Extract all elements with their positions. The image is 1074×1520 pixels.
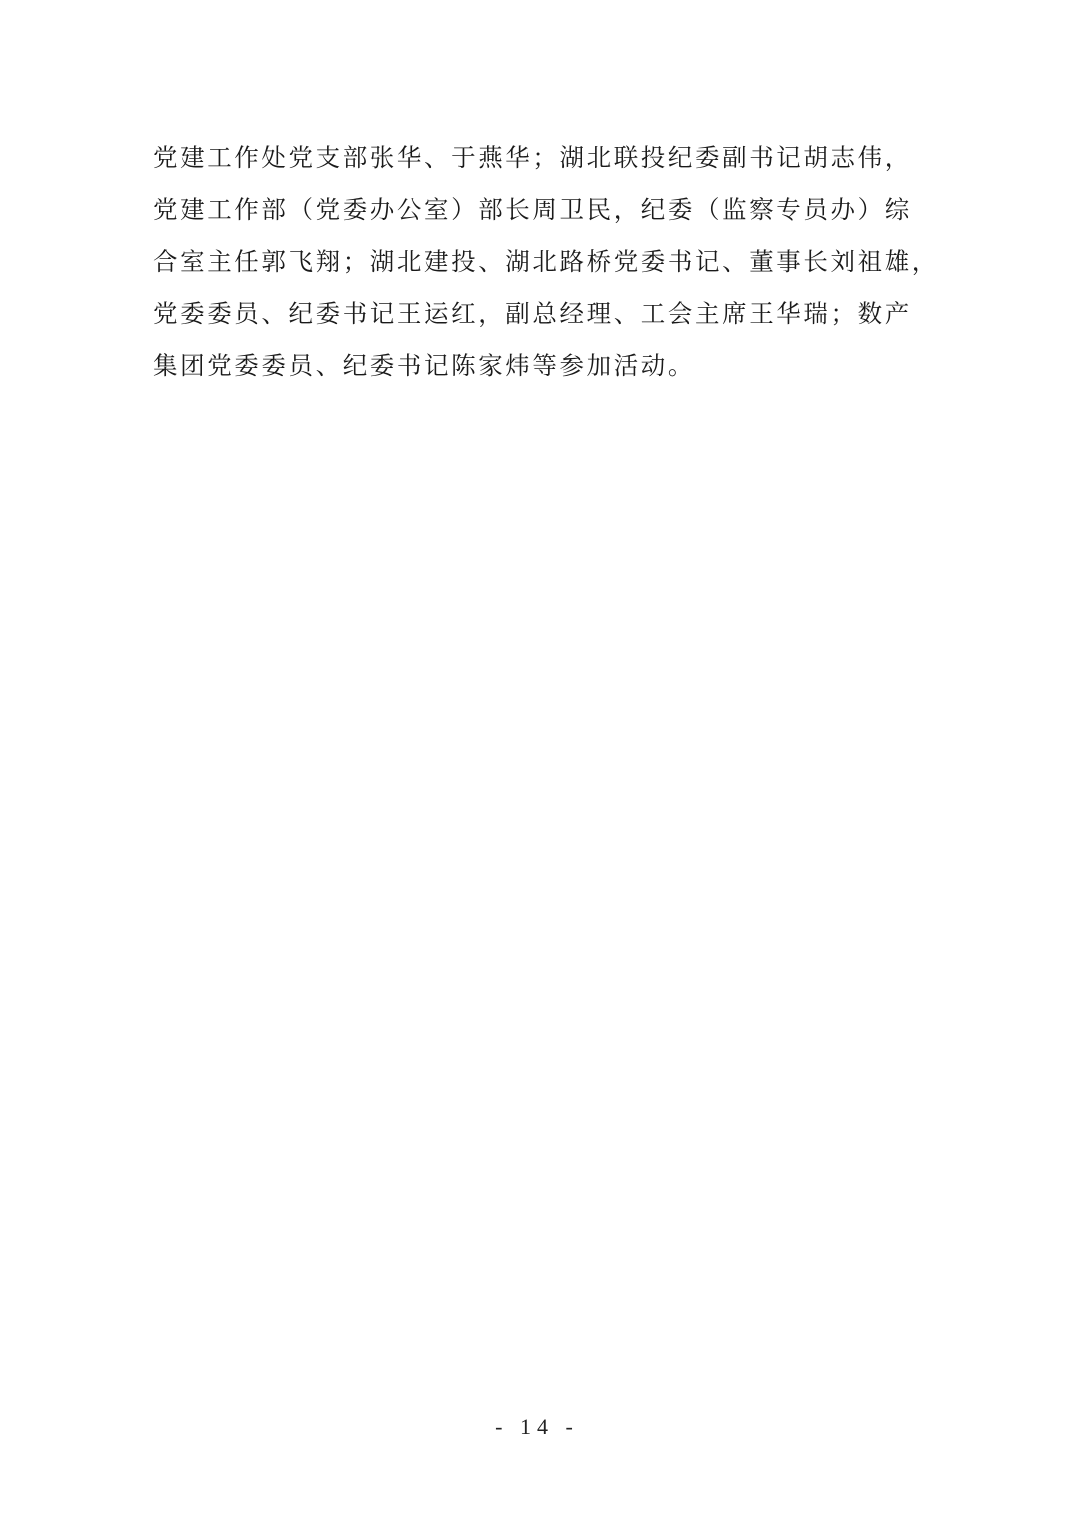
paragraph-line: 集团党委委员、纪委书记陈家炜等参加活动。: [153, 340, 933, 392]
body-paragraph: 党建工作处党支部张华、于燕华；湖北联投纪委副书记胡志伟， 党建工作部（党委办公室…: [153, 132, 933, 392]
paragraph-line: 党建工作处党支部张华、于燕华；湖北联投纪委副书记胡志伟，: [153, 132, 933, 184]
document-page: 党建工作处党支部张华、于燕华；湖北联投纪委副书记胡志伟， 党建工作部（党委办公室…: [0, 0, 1074, 1520]
paragraph-line: 党委委员、纪委书记王运红，副总经理、工会主席王华瑞；数产: [153, 288, 933, 340]
page-number: - 14 -: [0, 1414, 1074, 1440]
paragraph-line: 党建工作部（党委办公室）部长周卫民，纪委（监察专员办）综: [153, 184, 933, 236]
paragraph-line: 合室主任郭飞翔；湖北建投、湖北路桥党委书记、董事长刘祖雄，: [153, 236, 933, 288]
